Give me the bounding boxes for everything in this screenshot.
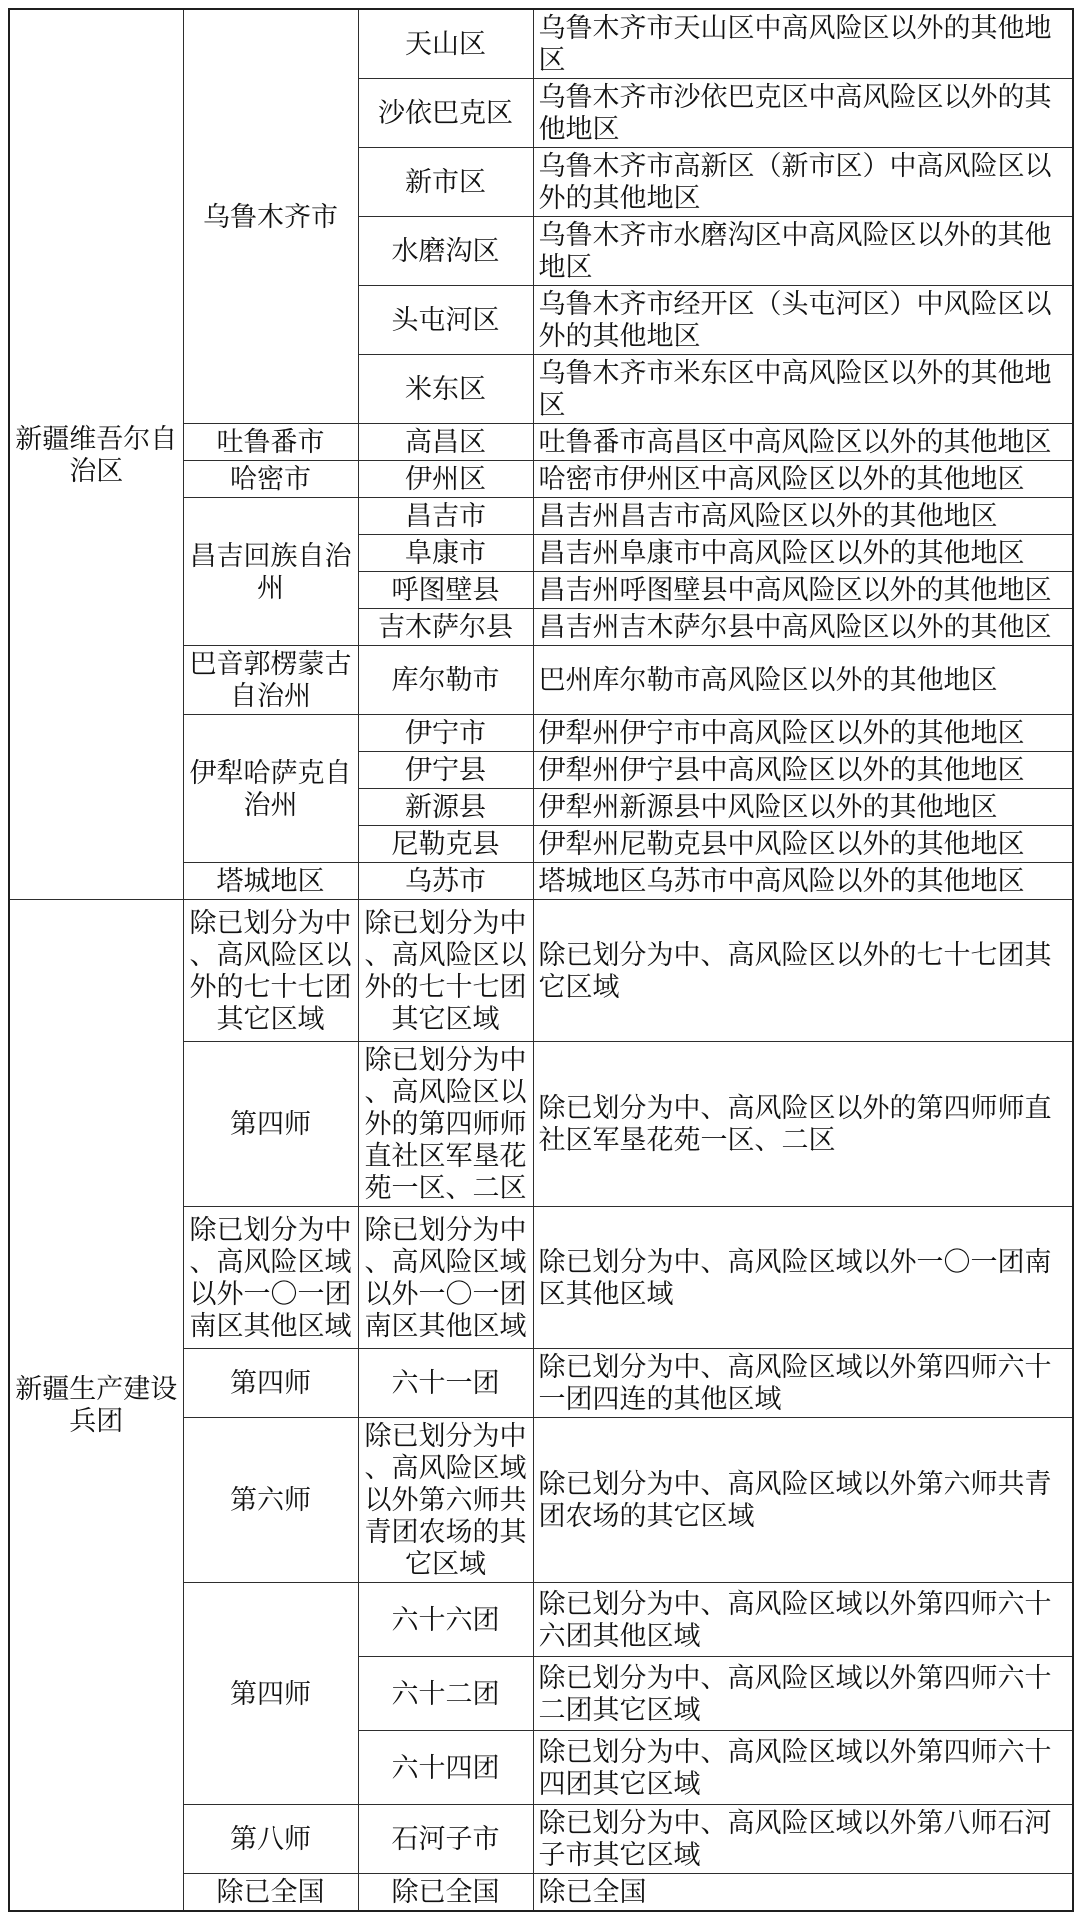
description-cell: 乌鲁木齐市经开区（头屯河区）中风险区以外的其他地区 bbox=[533, 286, 1073, 355]
district-cell: 高昌区 bbox=[358, 424, 533, 461]
description-cell: 伊犁州伊宁县中高风险区以外的其他地区 bbox=[533, 752, 1073, 789]
district-cell: 伊宁县 bbox=[358, 752, 533, 789]
district-cell: 伊州区 bbox=[358, 461, 533, 498]
district-cell: 六十四团 bbox=[358, 1731, 533, 1805]
city-cell: 吐鲁番市 bbox=[183, 424, 358, 461]
city-cell: 第四师 bbox=[183, 1349, 358, 1418]
city-cell: 除已全国 bbox=[183, 1874, 358, 1912]
description-cell: 除已划分为中、高风险区以外的第四师师直社区军垦花苑一区、二区 bbox=[533, 1042, 1073, 1207]
district-cell: 新市区 bbox=[358, 148, 533, 217]
city-cell: 巴音郭楞蒙古自治州 bbox=[183, 646, 358, 715]
city-cell: 昌吉回族自治州 bbox=[183, 498, 358, 646]
page: 新疆维吾尔自治区乌鲁木齐市天山区乌鲁木齐市天山区中高风险区以外的其他地区沙依巴克… bbox=[0, 0, 1080, 1920]
district-cell: 六十一团 bbox=[358, 1349, 533, 1418]
description-cell: 昌吉州呼图壁县中高风险区以外的其他地区 bbox=[533, 572, 1073, 609]
district-cell: 除已划分为中、高风险区以外的第四师师直社区军垦花苑一区、二区 bbox=[358, 1042, 533, 1207]
table-row: 新疆生产建设兵团除已划分为中、高风险区以外的七十七团其它区域除已划分为中、高风险… bbox=[9, 900, 1073, 1042]
description-cell: 巴州库尔勒市高风险区以外的其他地区 bbox=[533, 646, 1073, 715]
description-cell: 伊犁州尼勒克县中风险区以外的其他地区 bbox=[533, 826, 1073, 863]
table-row: 新疆维吾尔自治区乌鲁木齐市天山区乌鲁木齐市天山区中高风险区以外的其他地区 bbox=[9, 9, 1073, 79]
description-cell: 乌鲁木齐市水磨沟区中高风险区以外的其他地区 bbox=[533, 217, 1073, 286]
description-cell: 哈密市伊州区中高风险区以外的其他地区 bbox=[533, 461, 1073, 498]
district-cell: 头屯河区 bbox=[358, 286, 533, 355]
description-cell: 昌吉州昌吉市高风险区以外的其他地区 bbox=[533, 498, 1073, 535]
description-cell: 除已划分为中、高风险区域以外第八师石河子市其它区域 bbox=[533, 1805, 1073, 1874]
district-cell: 乌苏市 bbox=[358, 863, 533, 900]
description-cell: 除已划分为中、高风险区域以外第四师六十六团其他区域 bbox=[533, 1583, 1073, 1657]
description-cell: 乌鲁木齐市高新区（新市区）中高风险区以外的其他地区 bbox=[533, 148, 1073, 217]
description-cell: 伊犁州伊宁市中高风险区以外的其他地区 bbox=[533, 715, 1073, 752]
city-cell: 塔城地区 bbox=[183, 863, 358, 900]
district-cell: 昌吉市 bbox=[358, 498, 533, 535]
region-table-body: 新疆维吾尔自治区乌鲁木齐市天山区乌鲁木齐市天山区中高风险区以外的其他地区沙依巴克… bbox=[9, 9, 1073, 1911]
city-cell: 第四师 bbox=[183, 1042, 358, 1207]
description-cell: 除已划分为中、高风险区域以外第六师共青团农场的其它区域 bbox=[533, 1418, 1073, 1583]
description-cell: 除已划分为中、高风险区域以外一〇一团南区其他区域 bbox=[533, 1207, 1073, 1349]
description-cell: 除已划分为中、高风险区域以外第四师六十四团其它区域 bbox=[533, 1731, 1073, 1805]
city-cell: 第六师 bbox=[183, 1418, 358, 1583]
city-cell: 第八师 bbox=[183, 1805, 358, 1874]
city-cell: 除已划分为中、高风险区域以外一〇一团南区其他区域 bbox=[183, 1207, 358, 1349]
province-cell: 新疆生产建设兵团 bbox=[9, 900, 183, 1912]
city-cell: 第四师 bbox=[183, 1583, 358, 1805]
description-cell: 昌吉州阜康市中高风险区以外的其他地区 bbox=[533, 535, 1073, 572]
description-cell: 乌鲁木齐市米东区中高风险区以外的其他地区 bbox=[533, 355, 1073, 424]
city-cell: 哈密市 bbox=[183, 461, 358, 498]
district-cell: 沙依巴克区 bbox=[358, 79, 533, 148]
city-cell: 伊犁哈萨克自治州 bbox=[183, 715, 358, 863]
district-cell: 呼图壁县 bbox=[358, 572, 533, 609]
description-cell: 塔城地区乌苏市中高风险以外的其他地区 bbox=[533, 863, 1073, 900]
district-cell: 米东区 bbox=[358, 355, 533, 424]
city-cell: 乌鲁木齐市 bbox=[183, 9, 358, 424]
district-cell: 石河子市 bbox=[358, 1805, 533, 1874]
district-cell: 六十二团 bbox=[358, 1657, 533, 1731]
district-cell: 伊宁市 bbox=[358, 715, 533, 752]
district-cell: 除已全国 bbox=[358, 1874, 533, 1912]
description-cell: 昌吉州吉木萨尔县中高风险区以外的其他区 bbox=[533, 609, 1073, 646]
description-cell: 吐鲁番市高昌区中高风险区以外的其他地区 bbox=[533, 424, 1073, 461]
district-cell: 除已划分为中、高风险区域以外一〇一团南区其他区域 bbox=[358, 1207, 533, 1349]
description-cell: 除已划分为中、高风险区域以外第四师六十一团四连的其他区域 bbox=[533, 1349, 1073, 1418]
province-cell: 新疆维吾尔自治区 bbox=[9, 9, 183, 900]
district-cell: 吉木萨尔县 bbox=[358, 609, 533, 646]
description-cell: 除已划分为中、高风险区以外的七十七团其它区域 bbox=[533, 900, 1073, 1042]
description-cell: 除已划分为中、高风险区域以外第四师六十二团其它区域 bbox=[533, 1657, 1073, 1731]
description-cell: 伊犁州新源县中风险区以外的其他地区 bbox=[533, 789, 1073, 826]
description-cell: 除已全国 bbox=[533, 1874, 1073, 1912]
district-cell: 天山区 bbox=[358, 9, 533, 79]
district-cell: 尼勒克县 bbox=[358, 826, 533, 863]
region-table: 新疆维吾尔自治区乌鲁木齐市天山区乌鲁木齐市天山区中高风险区以外的其他地区沙依巴克… bbox=[8, 8, 1074, 1912]
district-cell: 除已划分为中、高风险区域以外第六师共青团农场的其它区域 bbox=[358, 1418, 533, 1583]
district-cell: 除已划分为中、高风险区以外的七十七团其它区域 bbox=[358, 900, 533, 1042]
description-cell: 乌鲁木齐市沙依巴克区中高风险区以外的其他地区 bbox=[533, 79, 1073, 148]
city-cell: 除已划分为中、高风险区以外的七十七团其它区域 bbox=[183, 900, 358, 1042]
district-cell: 新源县 bbox=[358, 789, 533, 826]
district-cell: 库尔勒市 bbox=[358, 646, 533, 715]
district-cell: 水磨沟区 bbox=[358, 217, 533, 286]
description-cell: 乌鲁木齐市天山区中高风险区以外的其他地区 bbox=[533, 9, 1073, 79]
district-cell: 阜康市 bbox=[358, 535, 533, 572]
district-cell: 六十六团 bbox=[358, 1583, 533, 1657]
